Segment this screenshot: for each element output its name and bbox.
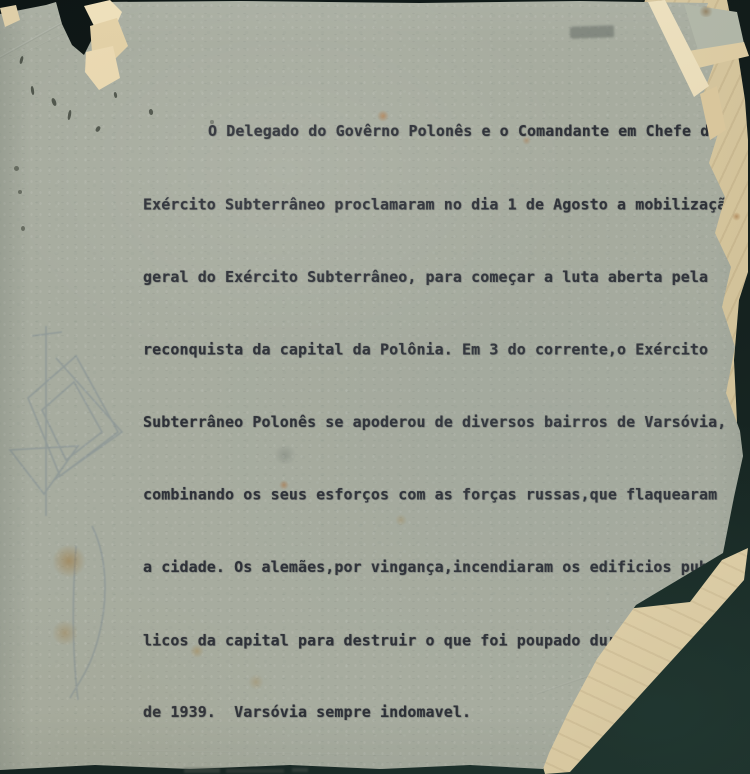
- text-line-7: a cidade. Os alemães,por vingança,incend…: [143, 555, 743, 579]
- foxing-stain: [248, 674, 264, 690]
- embossed-watermark: [0, 320, 170, 740]
- tear-nick: [30, 86, 34, 95]
- smudge-stain: [272, 446, 298, 464]
- text-line-3: geral do Exército Subterrâneo, para come…: [143, 265, 743, 289]
- text-line-6: combinando os seus esforços com as força…: [143, 483, 743, 507]
- tear-nick: [95, 125, 102, 132]
- page-below-mark: [292, 768, 308, 772]
- foxing-stain: [395, 514, 407, 526]
- paper-speck: [21, 226, 25, 231]
- paper-speck: [18, 190, 22, 194]
- foxing-stain: [377, 110, 389, 122]
- ink-stamp-smudge: [570, 25, 614, 39]
- tear-nick: [67, 110, 72, 120]
- text-line-1: O Delegado do Govêrno Polonês e o Comand…: [143, 119, 743, 143]
- text-line-4: reconquista da capital da Polônia. Em 3 …: [143, 338, 743, 362]
- paper-crease: [90, 749, 390, 755]
- tear-nick: [210, 120, 214, 124]
- scanned-document-photo: O Delegado do Govêrno Polonês e o Comand…: [0, 0, 750, 774]
- foxing-stain: [190, 644, 204, 658]
- tear-nick: [19, 56, 24, 64]
- foxing-stain: [732, 212, 741, 221]
- foxing-stain: [279, 480, 289, 490]
- tear-nick: [113, 92, 117, 98]
- paper-crease: [10, 28, 73, 61]
- tear-nick: [149, 109, 154, 116]
- tear-nick: [51, 98, 57, 107]
- text-line-5: Subterrâneo Polonês se apoderou de diver…: [143, 410, 743, 434]
- foxing-stain: [522, 136, 531, 145]
- text-line-2: Exército Subterrâneo proclamaram no dia …: [143, 192, 743, 216]
- foxing-stain: [698, 6, 714, 17]
- paper-speck: [14, 166, 19, 171]
- page-below-mark: [226, 769, 284, 773]
- foxing-stain: [52, 544, 86, 578]
- page-below-mark: [184, 768, 220, 773]
- foxing-stain: [52, 620, 78, 646]
